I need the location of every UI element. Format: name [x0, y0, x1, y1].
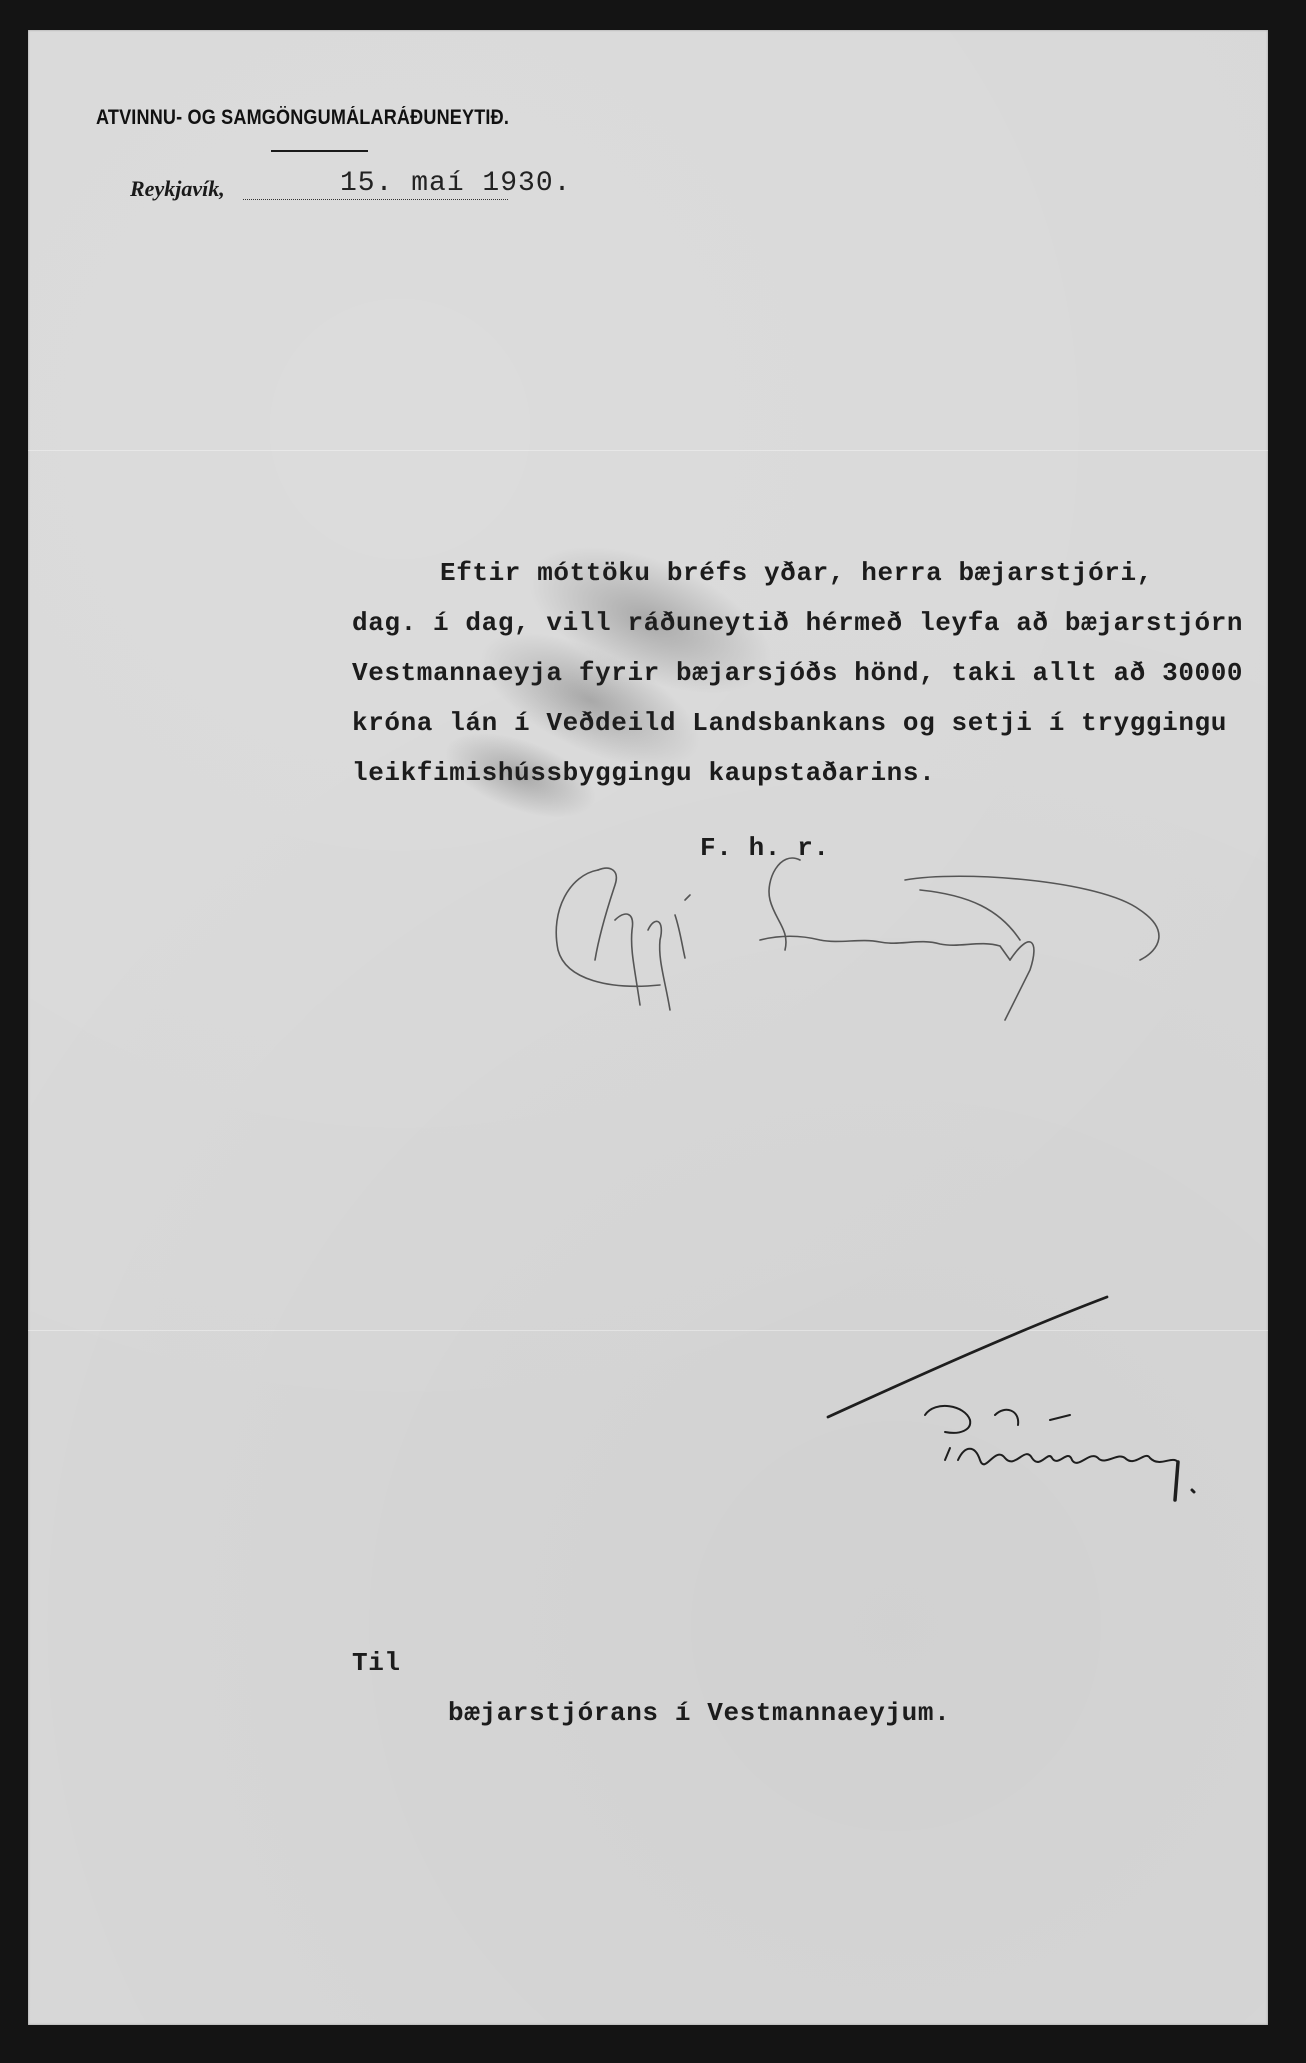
body-line-3: Vestmannaeyja fyrir bæjarsjóðs hönd, tak…	[352, 658, 1243, 688]
letter-date: 15. maí 1930.	[340, 168, 571, 199]
body-line-2: dag. í dag, vill ráðuneytið hérmeð leyfa…	[352, 608, 1243, 638]
paper-fold	[28, 450, 1268, 451]
body-line-4: króna lán í Veðdeild Landsbankans og set…	[352, 708, 1227, 738]
address-to: Til	[352, 1648, 401, 1678]
ministry-letterhead: ATVINNU- OG SAMGÖNGUMÁLARÁÐUNEYTIÐ.	[96, 106, 509, 130]
body-line-1: Eftir móttöku bréfs yðar, herra bæjarstj…	[440, 558, 1153, 588]
letterhead-rule	[271, 150, 368, 152]
date-dotted-line	[243, 199, 508, 200]
address-recipient: bæjarstjórans í Vestmannaeyjum.	[448, 1698, 950, 1728]
place-label: Reykjavík,	[130, 176, 225, 202]
body-line-5: leikfimishússbyggingu kaupstaðarins.	[352, 758, 935, 788]
signature-1	[540, 840, 1240, 1020]
signature-2	[800, 1280, 1240, 1520]
